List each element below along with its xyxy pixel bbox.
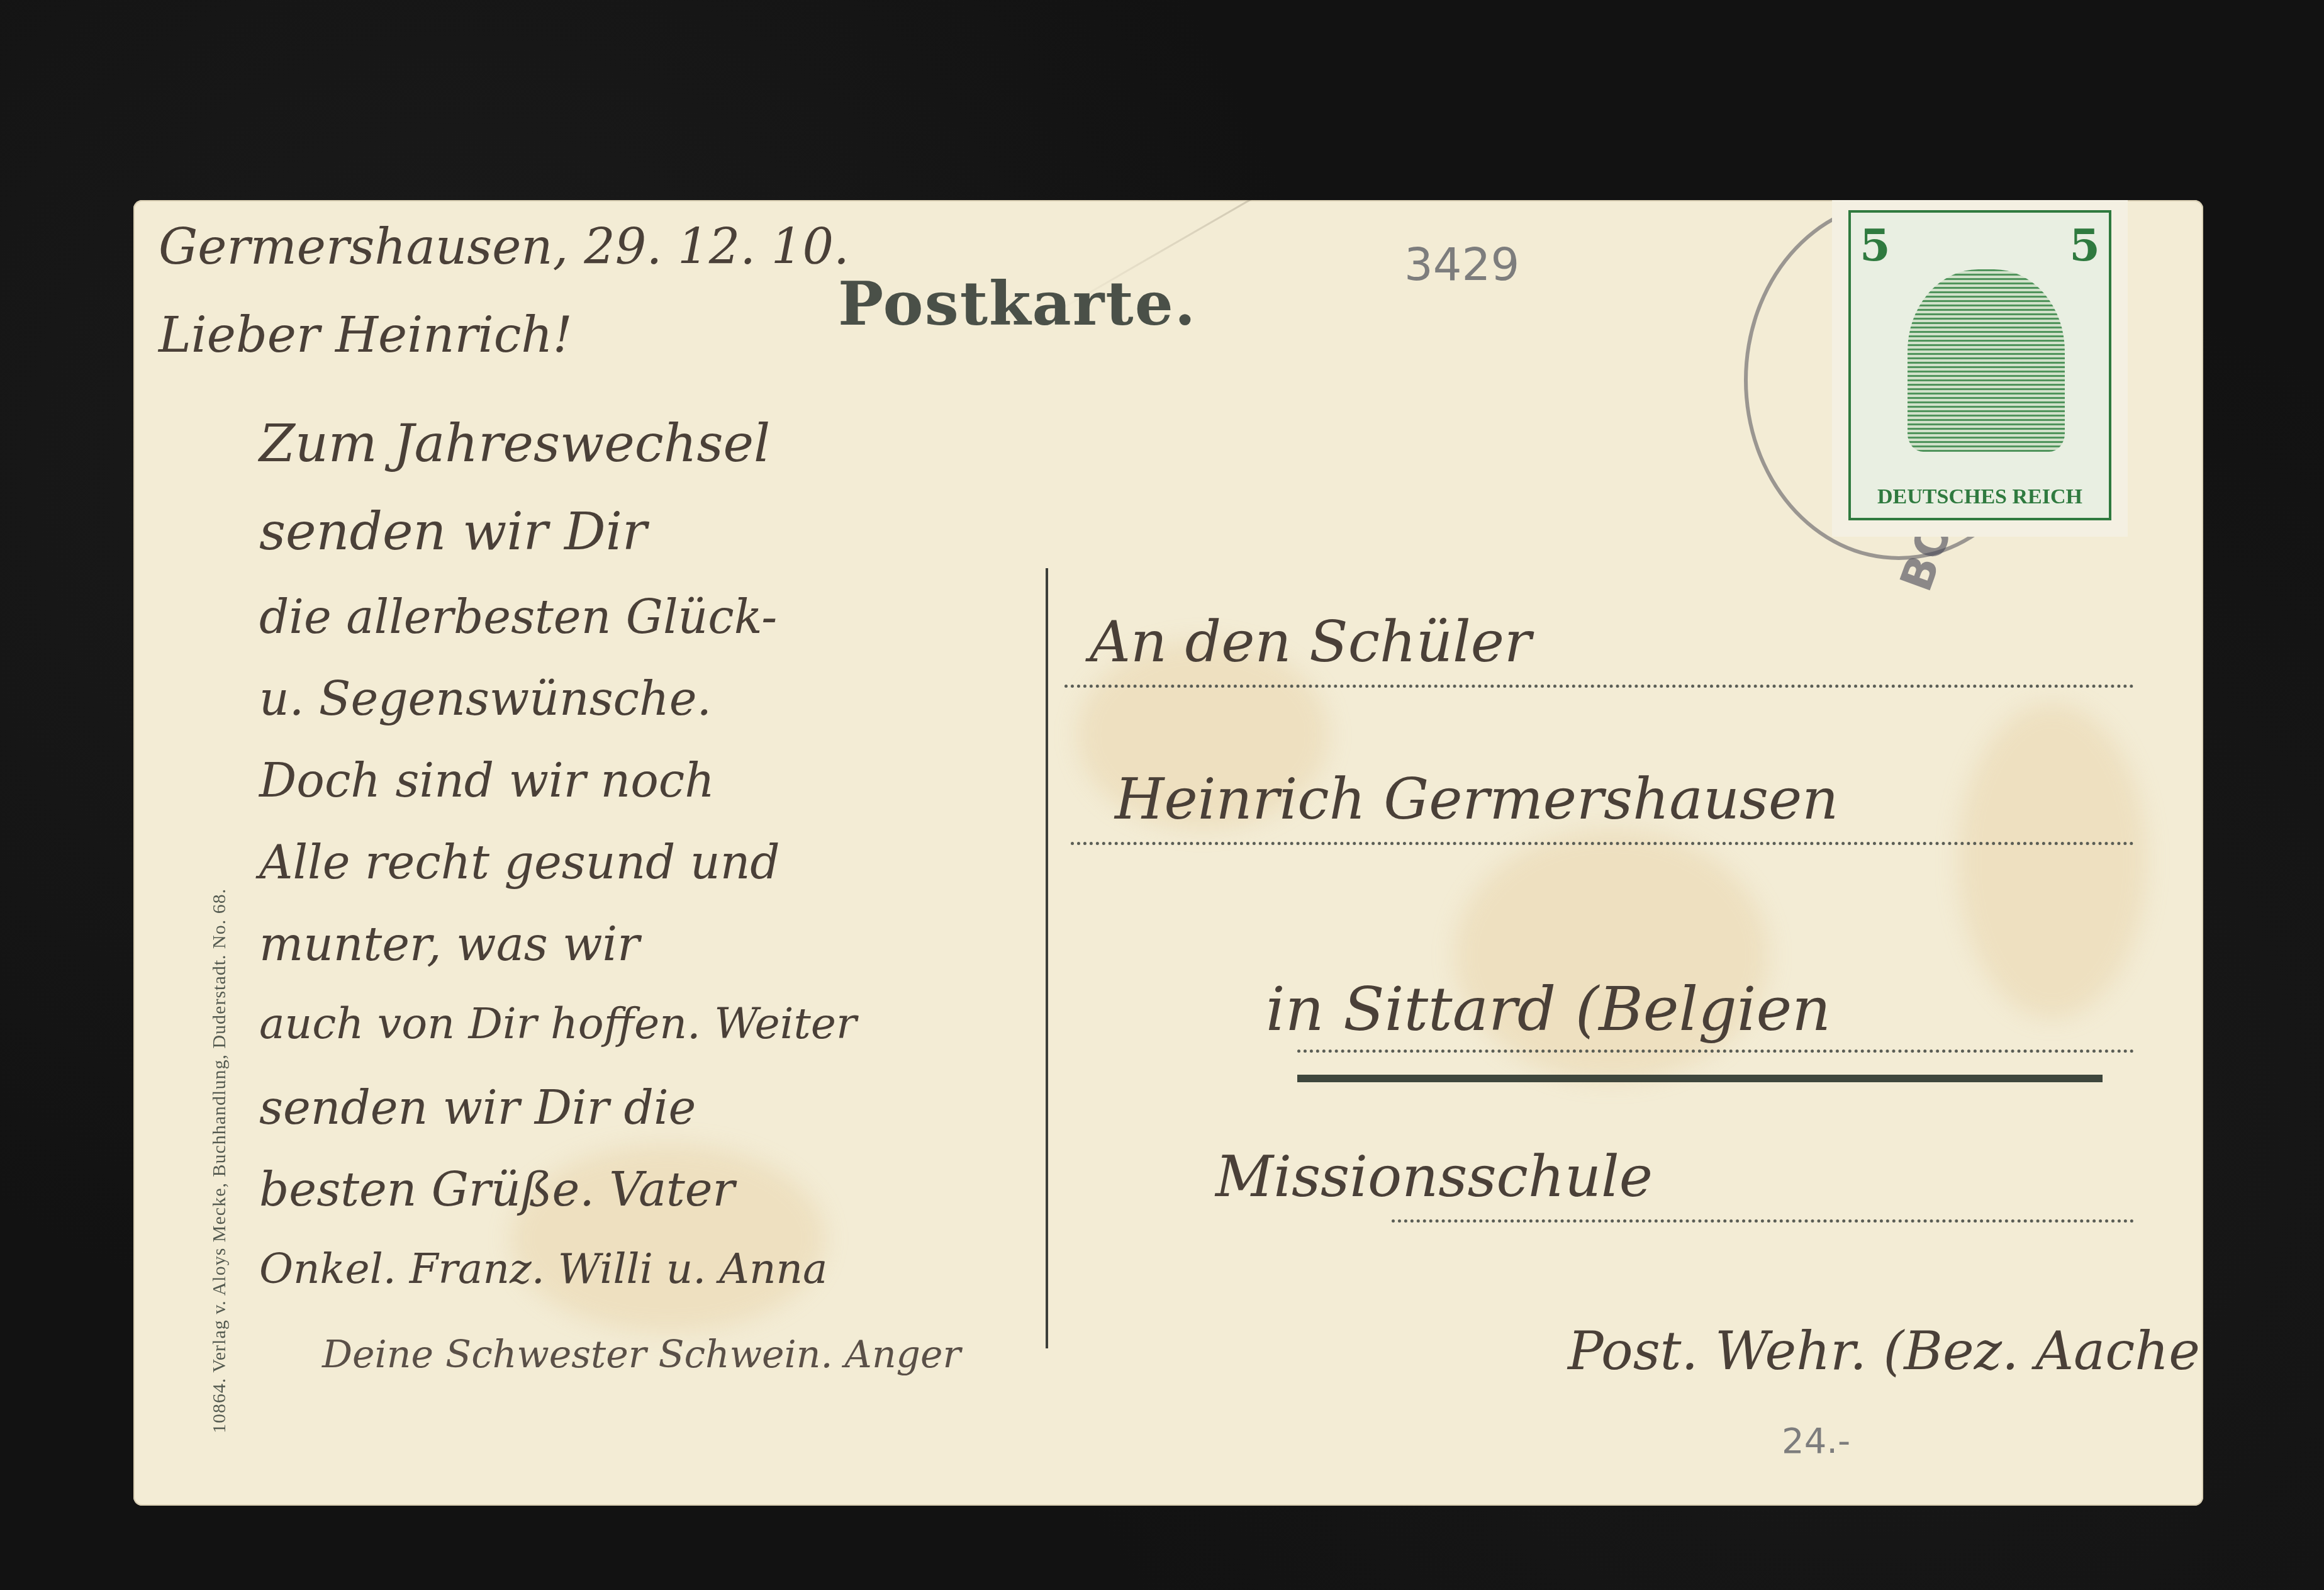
message-line: Deine Schwester Schwein. Anger (322, 1333, 961, 1377)
address-institution: Missionsschule (1215, 1144, 1653, 1210)
publisher-imprint: 10864. Verlag v. Aloys Mecke, Buchhandlu… (209, 888, 230, 1433)
address-recipient-title: An den Schüler (1090, 609, 1531, 675)
message-line: die allerbesten Glück- (259, 590, 777, 644)
message-salutation: Lieber Heinrich! (159, 307, 573, 364)
message-line: senden wir Dir (259, 502, 647, 562)
message-line: Zum Jahreswechsel (259, 414, 770, 474)
stamp-country-label: DEUTSCHES REICH (1851, 485, 2109, 509)
message-line: senden wir Dir die (259, 1081, 696, 1135)
message-place-date: Germershausen, 29. 12. 10. (159, 219, 849, 276)
age-stain (1958, 703, 2147, 1018)
address-recipient-name: Heinrich Germershausen (1115, 766, 1838, 832)
stamp-value-right: 5 (2069, 219, 2100, 271)
germania-portrait-icon (1908, 269, 2065, 452)
address-line-2 (1071, 842, 2134, 845)
message-line: auch von Dir hoffen. Weiter (259, 999, 857, 1049)
message-line: Alle recht gesund und (259, 836, 780, 890)
price-note: 24.- (1782, 1421, 1850, 1462)
stamp-frame: 5 5 DEUTSCHES REICH (1848, 210, 2111, 520)
postcard: Postkarte. 10864. Verlag v. Aloys Mecke,… (133, 200, 2203, 1506)
message-line: Doch sind wir noch (259, 754, 715, 808)
message-line: u. Segenswünsche. (259, 672, 712, 726)
stamp-value-left: 5 (1860, 219, 1891, 271)
postkarte-title: Postkarte. (838, 268, 1197, 339)
address-underline (1297, 1075, 2103, 1082)
message-line: munter, was wir (259, 917, 640, 971)
message-line: Onkel. Franz. Willi u. Anna (259, 1245, 827, 1293)
message-address-divider (1046, 568, 1048, 1348)
catalog-number: 3429 (1404, 238, 1519, 291)
address-post-office: Post. Wehr. (Bez. Aachen (1568, 1320, 2203, 1382)
address-line-3 (1297, 1050, 2134, 1053)
address-line-1 (1064, 685, 2134, 688)
message-line: besten Grüße. Vater (259, 1163, 735, 1217)
address-city: in Sittard (Belgien (1266, 974, 1831, 1044)
postage-stamp: 5 5 DEUTSCHES REICH (1832, 200, 2128, 537)
address-line-4 (1392, 1219, 2134, 1223)
